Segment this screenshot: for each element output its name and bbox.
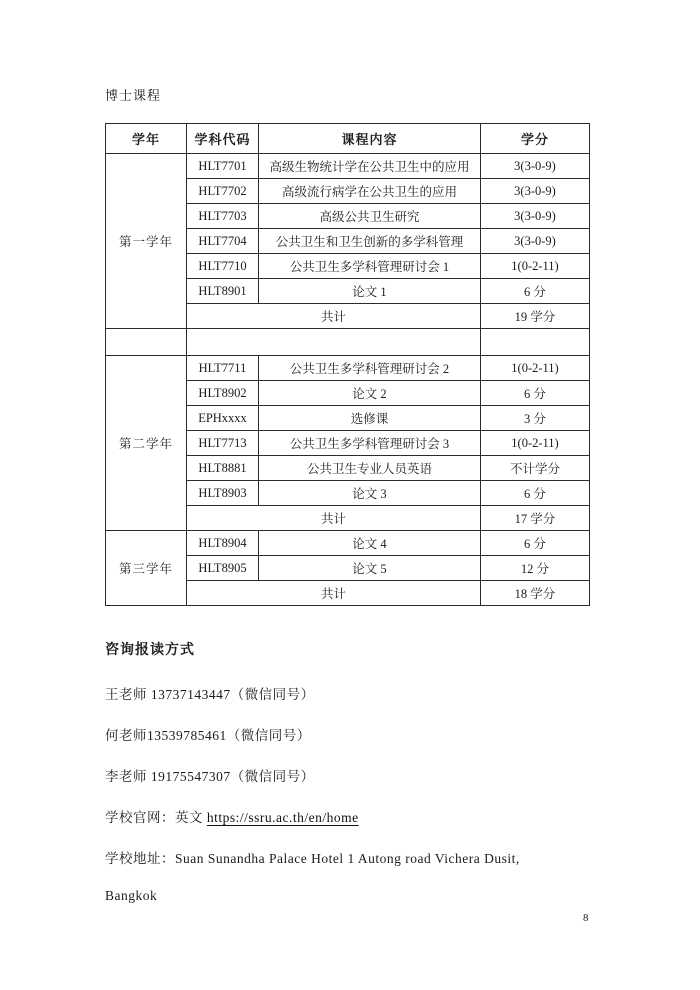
address-text: Suan Sunandha Palace Hotel 1 Autong road… (175, 851, 520, 866)
header-code: 学科代码 (187, 124, 259, 154)
course-code: HLT8881 (187, 456, 259, 481)
page-number: 8 (583, 912, 589, 924)
course-code: HLT7710 (187, 254, 259, 279)
header-content: 课程内容 (259, 124, 481, 154)
table-row: 第一学年 HLT7701 高级生物统计学在公共卫生中的应用 3(3-0-9) (106, 154, 590, 179)
course-credit: 3 分 (481, 406, 590, 431)
teacher-contact-he: 何老师13539785461（微信同号） (105, 724, 605, 744)
course-content: 论文 1 (259, 279, 481, 304)
spacer-cell (106, 329, 187, 356)
table-row: 第二学年 HLT7711 公共卫生多学科管理研讨会 2 1(0-2-11) (106, 356, 590, 381)
course-code: HLT8901 (187, 279, 259, 304)
teacher-contact-li: 李老师 19175547307（微信同号） (105, 765, 605, 785)
course-credit: 3(3-0-9) (481, 229, 590, 254)
address-line1: 学校地址：Suan Sunandha Palace Hotel 1 Autong… (105, 847, 605, 867)
year2-label: 第二学年 (106, 356, 187, 531)
header-year: 学年 (106, 124, 187, 154)
year2-total-label: 共计 (187, 506, 481, 531)
course-content: 论文 3 (259, 481, 481, 506)
course-content: 公共卫生专业人员英语 (259, 456, 481, 481)
course-credit: 12 分 (481, 556, 590, 581)
document-page: 博士课程 学年 学科代码 课程内容 学分 第一学年 HLT7701 高级生物统计… (0, 0, 700, 990)
course-code: HLT7713 (187, 431, 259, 456)
year3-label: 第三学年 (106, 531, 187, 606)
course-content: 高级流行病学在公共卫生的应用 (259, 179, 481, 204)
course-code: HLT7704 (187, 229, 259, 254)
course-code: HLT8903 (187, 481, 259, 506)
course-code: HLT7711 (187, 356, 259, 381)
course-credit: 1(0-2-11) (481, 356, 590, 381)
address-block: 学校地址：Suan Sunandha Palace Hotel 1 Autong… (105, 847, 605, 904)
course-content: 公共卫生和卫生创新的多学科管理 (259, 229, 481, 254)
course-code: HLT8905 (187, 556, 259, 581)
page-title: 博士课程 (105, 85, 161, 104)
year1-total-label: 共计 (187, 304, 481, 329)
course-table: 学年 学科代码 课程内容 学分 第一学年 HLT7701 高级生物统计学在公共卫… (105, 123, 590, 606)
course-content: 论文 5 (259, 556, 481, 581)
course-content: 论文 2 (259, 381, 481, 406)
course-credit: 6 分 (481, 531, 590, 556)
course-credit: 6 分 (481, 481, 590, 506)
course-code: HLT8902 (187, 381, 259, 406)
course-credit: 1(0-2-11) (481, 431, 590, 456)
year2-total-credit: 17 学分 (481, 506, 590, 531)
course-content: 高级公共卫生研究 (259, 204, 481, 229)
spacer-row (106, 329, 590, 356)
school-website-link[interactable]: https://ssru.ac.th/en/home (207, 810, 359, 825)
table-header-row: 学年 学科代码 课程内容 学分 (106, 124, 590, 154)
course-credit: 1(0-2-11) (481, 254, 590, 279)
teacher-contact-wang: 王老师 13737143447（微信同号） (105, 683, 605, 703)
course-content: 公共卫生多学科管理研讨会 3 (259, 431, 481, 456)
course-content: 公共卫生多学科管理研讨会 1 (259, 254, 481, 279)
course-credit: 3(3-0-9) (481, 154, 590, 179)
course-content: 选修课 (259, 406, 481, 431)
course-credit: 6 分 (481, 381, 590, 406)
course-code: HLT8904 (187, 531, 259, 556)
course-code: HLT7702 (187, 179, 259, 204)
course-content: 高级生物统计学在公共卫生中的应用 (259, 154, 481, 179)
course-credit: 不计学分 (481, 456, 590, 481)
website-line: 学校官网：英文 https://ssru.ac.th/en/home (105, 806, 605, 826)
course-code: EPHxxxx (187, 406, 259, 431)
course-code: HLT7703 (187, 204, 259, 229)
address-label: 学校地址： (105, 851, 175, 866)
year1-label: 第一学年 (106, 154, 187, 329)
course-content: 公共卫生多学科管理研讨会 2 (259, 356, 481, 381)
header-credit: 学分 (481, 124, 590, 154)
contact-section: 咨询报读方式 王老师 13737143447（微信同号） 何老师13539785… (105, 639, 605, 925)
address-line2: Bangkok (105, 888, 605, 904)
year3-total-credit: 18 学分 (481, 581, 590, 606)
course-code: HLT7701 (187, 154, 259, 179)
course-credit: 3(3-0-9) (481, 179, 590, 204)
course-credit: 3(3-0-9) (481, 204, 590, 229)
website-label: 学校官网：英文 (105, 810, 207, 825)
course-content: 论文 4 (259, 531, 481, 556)
year3-total-label: 共计 (187, 581, 481, 606)
table-row: 第三学年 HLT8904 论文 4 6 分 (106, 531, 590, 556)
year1-total-credit: 19 学分 (481, 304, 590, 329)
spacer-cell (187, 329, 481, 356)
contact-heading: 咨询报读方式 (105, 639, 605, 659)
course-credit: 6 分 (481, 279, 590, 304)
spacer-cell (481, 329, 590, 356)
